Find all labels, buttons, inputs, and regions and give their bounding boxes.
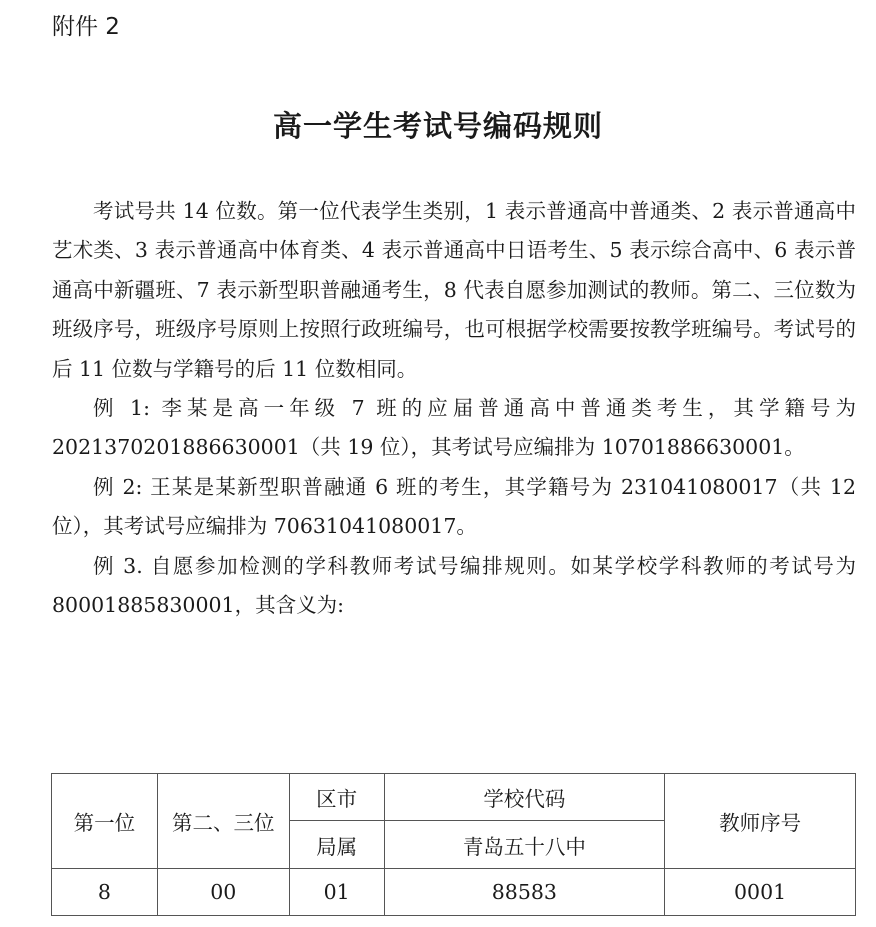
cell-school-code: 88583 bbox=[384, 869, 665, 916]
rule-paragraph: 考试号共 14 位数。第一位代表学生类别，1 表示普通高中普通类、2 表示普通高… bbox=[52, 192, 856, 389]
cell-teacher-number: 0001 bbox=[665, 869, 856, 916]
table-row: 8 00 01 88583 0001 bbox=[52, 869, 856, 916]
header-school-name: 青岛五十八中 bbox=[384, 821, 665, 869]
document-body: 考试号共 14 位数。第一位代表学生类别，1 表示普通高中普通类、2 表示普通高… bbox=[52, 192, 856, 625]
document-title: 高一学生考试号编码规则 bbox=[0, 104, 876, 145]
header-teacher-number: 教师序号 bbox=[665, 774, 856, 869]
table-header-row-1: 第一位 第二、三位 区市 学校代码 教师序号 bbox=[52, 774, 856, 821]
example-1-paragraph: 例 1: 李某是高一年级 7 班的应届普通高中普通类考生，其学籍号为 20213… bbox=[52, 389, 856, 468]
attachment-label: 附件 2 bbox=[52, 8, 120, 41]
teacher-code-table: 第一位 第二、三位 区市 学校代码 教师序号 局属 青岛五十八中 8 00 01… bbox=[51, 773, 856, 916]
header-first-digit: 第一位 bbox=[52, 774, 158, 869]
example-3-paragraph: 例 3. 自愿参加检测的学科教师考试号编排规则。如某学校学科教师的考试号为 80… bbox=[52, 547, 856, 626]
header-district: 区市 bbox=[289, 774, 384, 821]
example-2-paragraph: 例 2: 王某是某新型职普融通 6 班的考生，其学籍号为 23104108001… bbox=[52, 468, 856, 547]
cell-district-code: 01 bbox=[289, 869, 384, 916]
header-second-third-digit: 第二、三位 bbox=[157, 774, 289, 869]
header-school-code: 学校代码 bbox=[384, 774, 665, 821]
cell-first-digit: 8 bbox=[52, 869, 158, 916]
header-bureau: 局属 bbox=[289, 821, 384, 869]
cell-class-number: 00 bbox=[157, 869, 289, 916]
